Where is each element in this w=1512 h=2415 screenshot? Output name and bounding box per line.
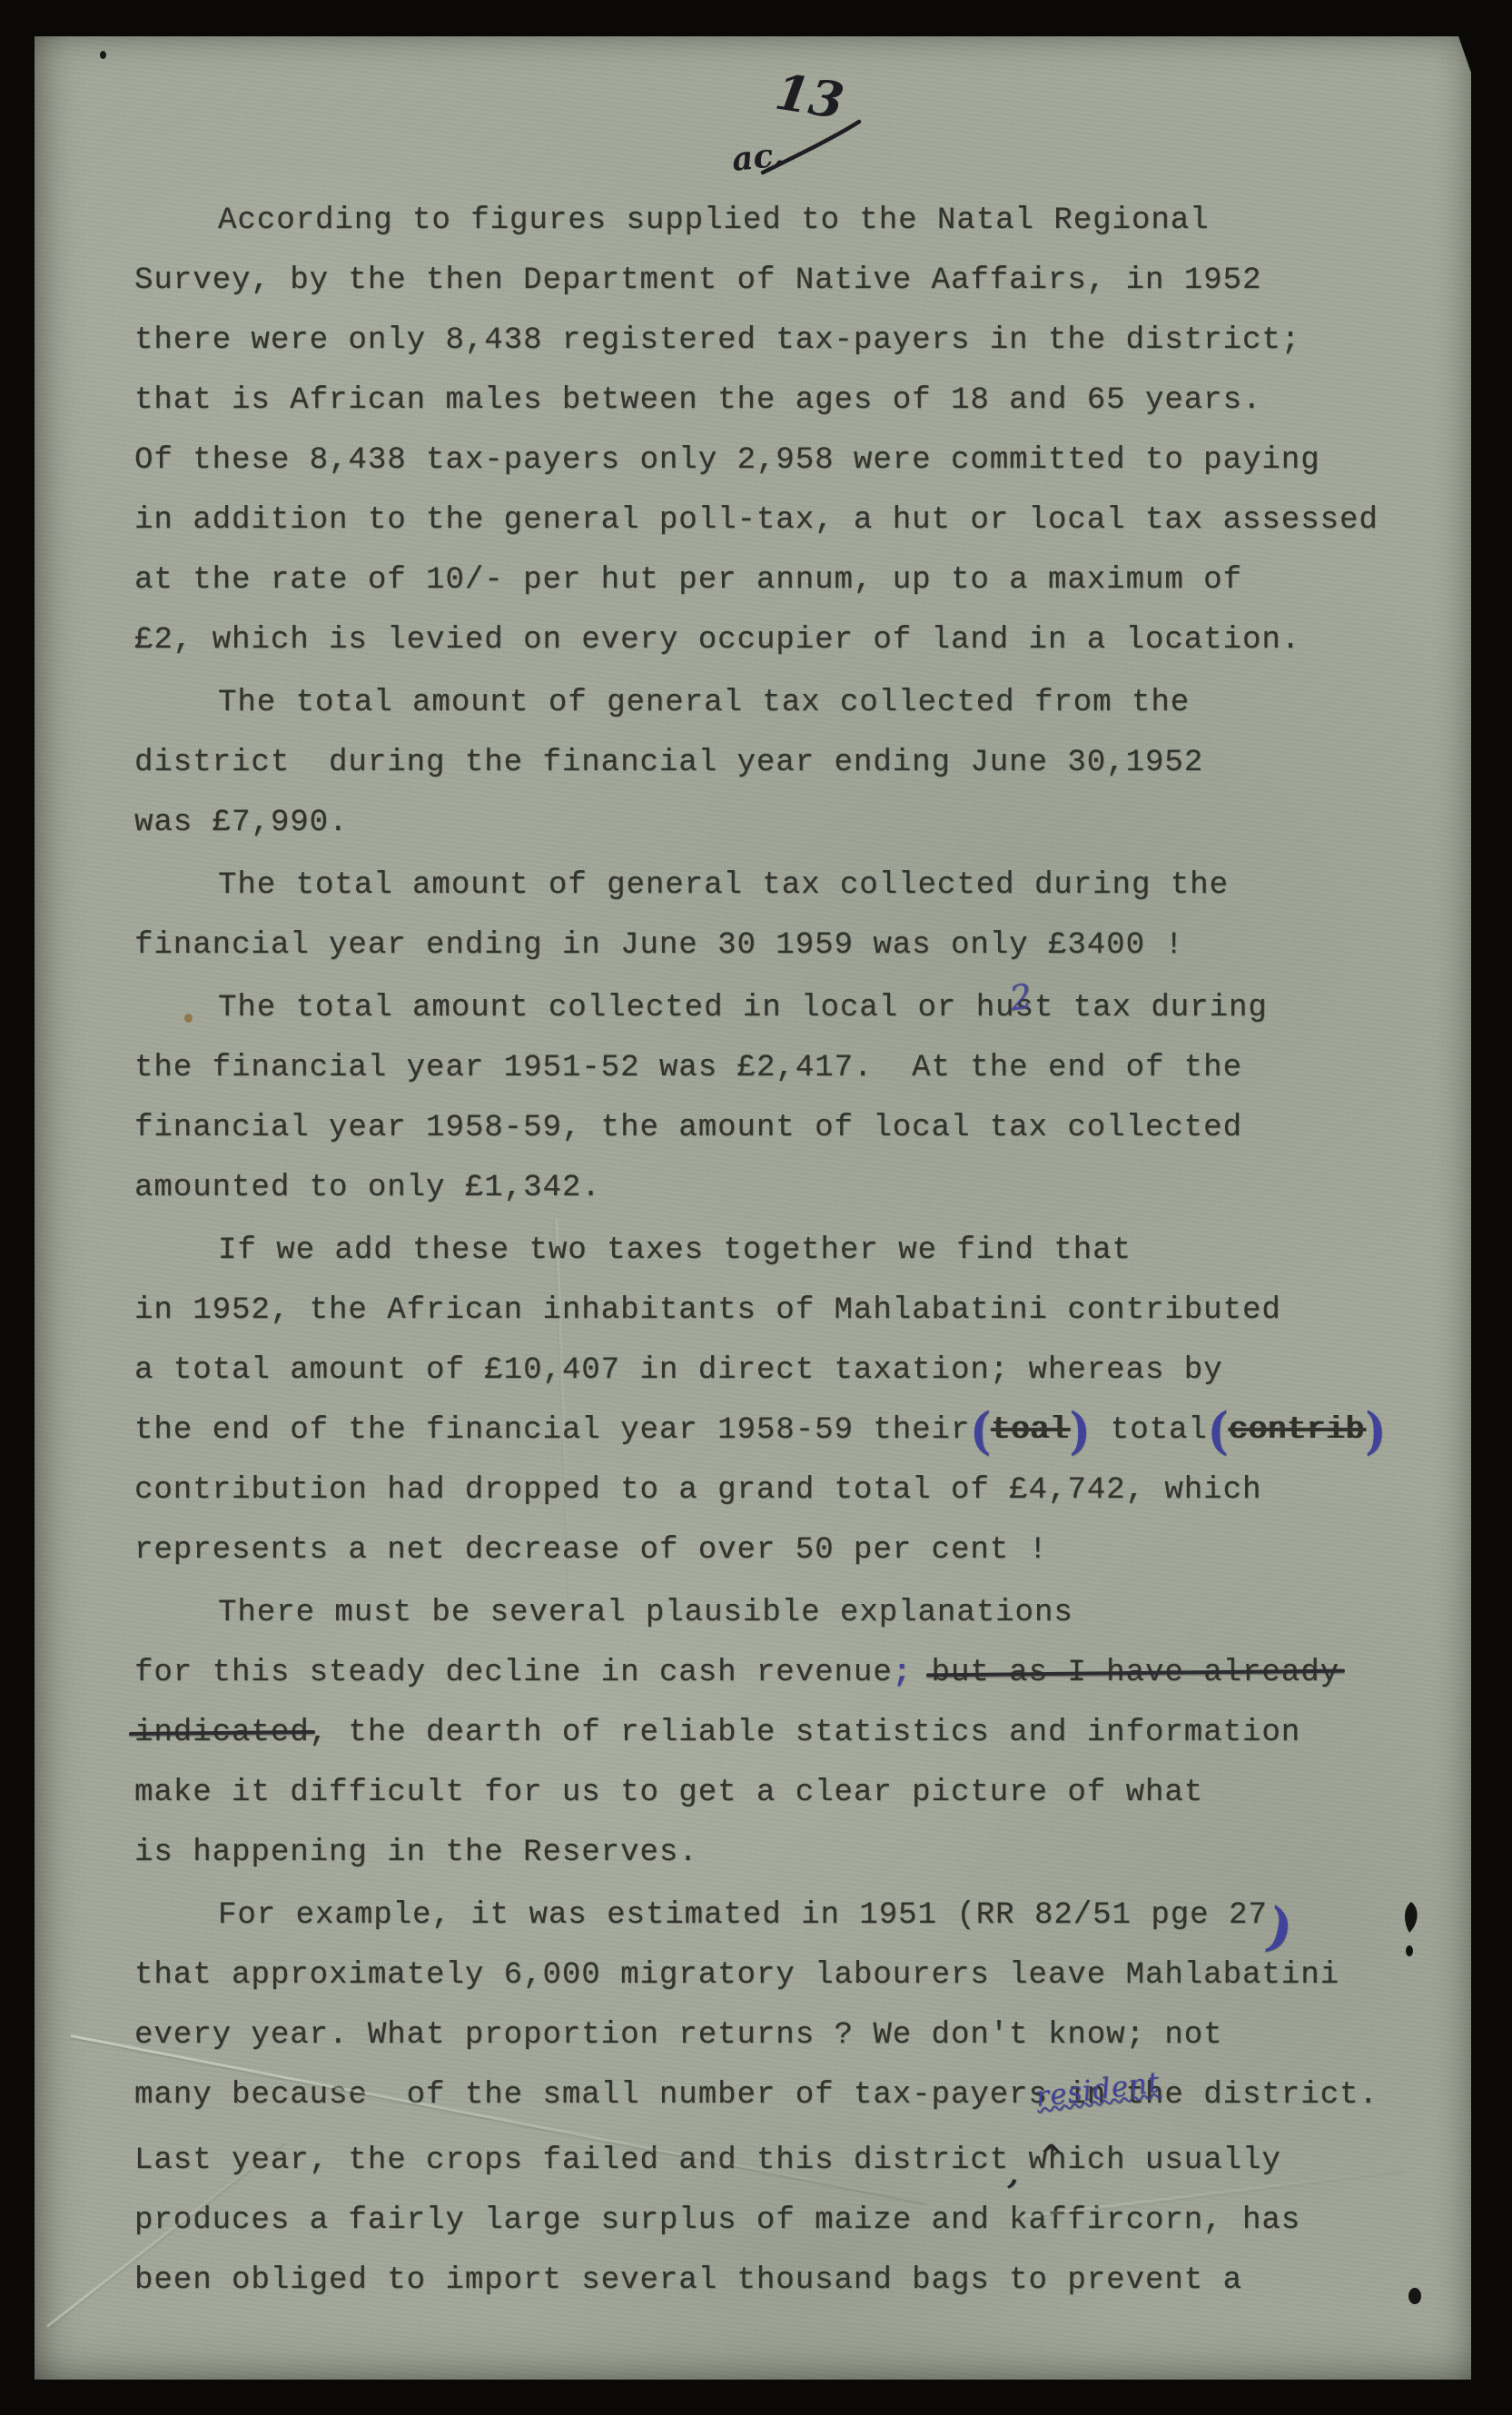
typed-text: that is African males between the ages o… <box>134 383 1261 418</box>
typed-line: represents a net decrease of over 50 per… <box>134 1520 1433 1580</box>
typed-text: that approximately 6,000 migratory labou… <box>134 1958 1339 1993</box>
paragraph: For example, it was estimated in 1951 (R… <box>134 1885 1433 2311</box>
typed-text: was £7,990. <box>134 806 348 840</box>
typed-text: Last year, the crops failed and this dis… <box>134 2143 1009 2178</box>
ink-speck-top-left <box>100 51 106 59</box>
typed-line: The total amount collected in local or h… <box>134 978 1433 1038</box>
typed-text: financial year 1958-59, the amount of lo… <box>134 1111 1242 1145</box>
typed-text: a total amount of £10,407 in direct taxa… <box>134 1353 1223 1388</box>
paragraph: The total amount collected in local or h… <box>134 978 1433 1218</box>
paragraph: If we add these two taxes together we fi… <box>134 1221 1433 1580</box>
ink-blot-right-margin <box>1397 1900 1424 1960</box>
typed-text: for this steady decline in cash revenue <box>134 1656 893 1690</box>
paragraph: According to figures supplied to the Nat… <box>134 191 1433 670</box>
typed-over-text: contrib <box>1230 1413 1366 1448</box>
typed-line: in addition to the general poll-tax, a h… <box>134 490 1433 550</box>
typed-line: Of these 8,438 tax-payers only 2,958 wer… <box>134 431 1433 490</box>
typed-line: at the rate of 10/- per hut per annum, u… <box>134 550 1433 610</box>
handwritten-paren: ) <box>1268 1925 1293 1931</box>
typed-text: is happening in the Reserves. <box>134 1836 698 1870</box>
typed-text: , the dearth of reliable statistics and … <box>310 1716 1301 1750</box>
typed-text: contribution had dropped to a grand tota… <box>134 1473 1261 1508</box>
typed-line: every year. What proportion returns ? We… <box>134 2005 1433 2065</box>
initials-handwritten: ac. <box>730 135 786 179</box>
typed-text: been obliged to import several thousand … <box>134 2263 1242 2298</box>
typed-text: there were only 8,438 registered tax-pay… <box>134 323 1300 358</box>
typed-line: According to figures supplied to the Nat… <box>134 191 1433 251</box>
typed-line: Survey, by the then Department of Native… <box>134 251 1433 311</box>
typed-line: that is African males between the ages o… <box>134 371 1433 431</box>
typed-line: there were only 8,438 registered tax-pay… <box>134 311 1433 371</box>
typed-line: If we add these two taxes together we fi… <box>134 1221 1433 1281</box>
typed-text: Of these 8,438 tax-payers only 2,958 wer… <box>134 443 1320 478</box>
typed-text: the end of the financial year 1958-59 th… <box>134 1413 970 1448</box>
typed-text: make it difficult for us to get a clear … <box>134 1776 1203 1810</box>
typed-text: produces a fairly large surplus of maize… <box>134 2203 1300 2238</box>
stain-speck-left-margin <box>184 1014 193 1023</box>
typed-line: The total amount of general tax collecte… <box>134 673 1433 733</box>
paragraph: The total amount of general tax collecte… <box>134 673 1433 853</box>
typed-text: total <box>1091 1413 1207 1448</box>
typed-text: £2, which is levied on every occupier of… <box>134 623 1300 658</box>
typed-line: financial year ending in June 30 1959 wa… <box>134 916 1433 975</box>
typed-text: For example, it was estimated in 1951 (R… <box>218 1898 1268 1933</box>
typed-text: in 1952, the African inhabitants of Mahl… <box>134 1293 1281 1328</box>
struck-text: indicated <box>134 1716 310 1750</box>
typed-text: Survey, by the then Department of Native… <box>134 263 1261 298</box>
typed-text: According to figures supplied to the Nat… <box>218 203 1210 238</box>
typed-text: There must be several plausible explanat… <box>218 1596 1073 1630</box>
typed-line: a total amount of £10,407 in direct taxa… <box>134 1341 1433 1401</box>
typed-line: contribution had dropped to a grand tota… <box>134 1460 1433 1520</box>
page-number-handwritten: 13 <box>771 63 847 131</box>
handwritten-page-number-mark: 13 ac. <box>688 62 897 198</box>
typed-line: There must be several plausible explanat… <box>134 1583 1433 1643</box>
typed-text: at the rate of 10/- per hut per annum, u… <box>134 563 1242 598</box>
typed-line: the end of the financial year 1958-59 th… <box>134 1401 1433 1460</box>
typed-line: The total amount of general tax collecte… <box>134 856 1433 916</box>
typed-over-text: toal <box>992 1413 1070 1448</box>
typed-text: The total amount of general tax collecte… <box>218 868 1229 903</box>
typed-line: indicated, the dearth of reliable statis… <box>134 1703 1433 1763</box>
paragraph: The total amount of general tax collecte… <box>134 856 1433 975</box>
typed-text: financial year ending in June 30 1959 wa… <box>134 928 1184 963</box>
typed-line: district during the financial year endin… <box>134 733 1433 793</box>
typed-line: been obliged to import several thousand … <box>134 2251 1433 2311</box>
ink-blot-lower-right <box>1408 2287 1422 2305</box>
typed-text-block: According to figures supplied to the Nat… <box>134 191 1433 2313</box>
struck-text: but as I have already <box>932 1656 1339 1690</box>
typed-text: in addition to the general poll-tax, a h… <box>134 503 1379 538</box>
typed-line: financial year 1958-59, the amount of lo… <box>134 1098 1433 1158</box>
typed-text: If we add these two taxes together we fi… <box>218 1233 1132 1268</box>
typed-text: the financial year 1951-52 was £2,417. A… <box>134 1051 1242 1085</box>
typed-text: The total amount collected in local or h… <box>218 991 1015 1025</box>
typed-line: produces a fairly large surplus of maize… <box>134 2191 1433 2251</box>
typed-line: was £7,990. <box>134 793 1433 853</box>
typed-text: t tax during <box>1034 991 1268 1025</box>
typed-line: many because of the small number of tax-… <box>134 2065 1433 2125</box>
typed-text: amounted to only £1,342. <box>134 1171 601 1205</box>
handwritten-semicolon: ; <box>893 1656 912 1690</box>
typed-line: for this steady decline in cash revenue;… <box>134 1643 1433 1703</box>
typed-line: amounted to only £1,342. <box>134 1158 1433 1218</box>
typed-text: every year. What proportion returns ? We… <box>134 2018 1223 2053</box>
insertion-caret-icon: ^ <box>1040 2126 1063 2186</box>
typed-text: many because of the small number of tax-… <box>134 2078 1048 2113</box>
typed-line: £2, which is levied on every occupier of… <box>134 610 1433 670</box>
corrected-letter: s2 <box>1015 991 1034 1025</box>
paragraph: There must be several plausible explanat… <box>134 1583 1433 1883</box>
typed-text: The total amount of general tax collecte… <box>218 686 1190 720</box>
typed-text: represents a net decrease of over 50 per… <box>134 1533 1048 1568</box>
typed-line: the financial year 1951-52 was £2,417. A… <box>134 1038 1433 1098</box>
typed-line: that approximately 6,000 migratory labou… <box>134 1945 1433 2005</box>
typed-line: make it difficult for us to get a clear … <box>134 1763 1433 1823</box>
typed-line: For example, it was estimated in 1951 (R… <box>134 1885 1433 1945</box>
document-page: 13 ac. According to figures supplied to … <box>35 36 1471 2380</box>
typed-text: district during the financial year endin… <box>134 746 1203 780</box>
typed-line: Last year, the crops failed and this dis… <box>134 2125 1433 2191</box>
typed-line: is happening in the Reserves. <box>134 1823 1433 1883</box>
typed-line: in 1952, the African inhabitants of Mahl… <box>134 1281 1433 1341</box>
